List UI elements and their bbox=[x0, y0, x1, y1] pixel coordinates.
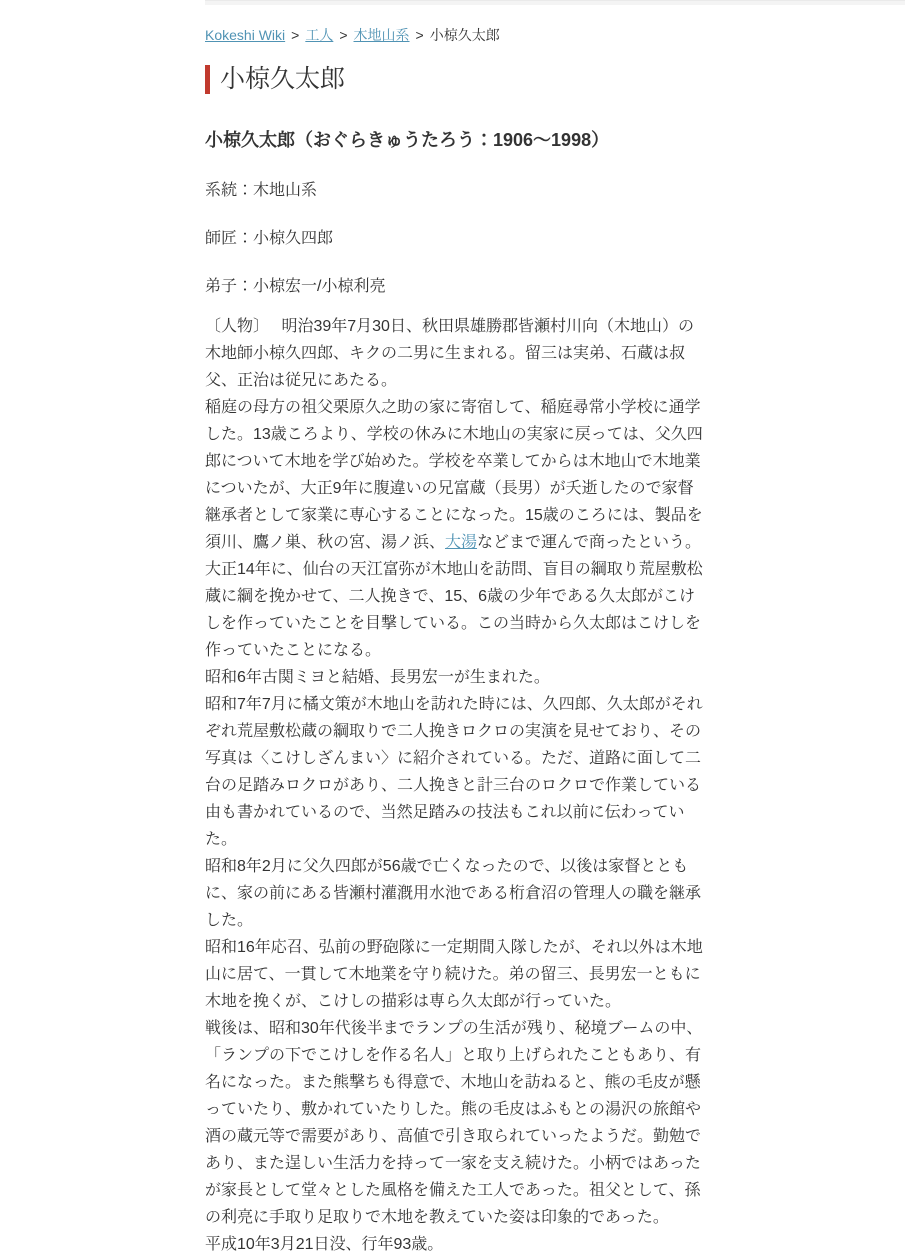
body-text-segment: 〔人物〕 明治39年7月30日、秋田県雄勝郡皆瀬村川向（木地山）の木地師小椋久四… bbox=[205, 318, 694, 389]
article-container: Kokeshi Wiki>工人>木地山系>小椋久太郎 小椋久太郎 小椋久太郎（お… bbox=[205, 0, 707, 1080]
body-paragraph: 昭和7年7月に橘文策が木地山を訪れた時には、久四郎、久太郎がそれぞれ荒屋敷松蔵の… bbox=[205, 691, 707, 853]
body-text-segment: 戦後は、昭和30年代後半までランプの生活が残り、秘境ブームの中、「ランプの下でこ… bbox=[205, 1020, 702, 1080]
meta-line-deshi: 弟子：小椋宏一/小椋利亮 bbox=[205, 277, 707, 296]
body-paragraph: 昭和8年2月に父久四郎が56歳で亡くなったので、以後は家督とともに、家の前にある… bbox=[205, 853, 707, 934]
meta-line-keito: 系統：木地山系 bbox=[205, 181, 707, 200]
page-title: 小椋久太郎 bbox=[220, 63, 345, 95]
body-text-segment: などまで運んで商ったという。大正14年に、仙台の天江富弥が木地山を訪問、盲目の綱… bbox=[205, 534, 703, 659]
body-paragraph: 戦後は、昭和30年代後半までランプの生活が残り、秘境ブームの中、「ランプの下でこ… bbox=[205, 1015, 707, 1080]
meta-line-shisho: 師匠：小椋久四郎 bbox=[205, 229, 707, 248]
body-text-segment: 昭和8年2月に父久四郎が56歳で亡くなったので、以後は家督とともに、家の前にある… bbox=[205, 858, 701, 929]
body-text-segment: 稲庭の母方の祖父栗原久之助の家に寄宿して、稲庭尋常小学校に通学した。13歳ころよ… bbox=[205, 399, 703, 551]
body-paragraph: 稲庭の母方の祖父栗原久之助の家に寄宿して、稲庭尋常小学校に通学した。13歳ころよ… bbox=[205, 394, 707, 664]
body-text-segment: 昭和7年7月に橘文策が木地山を訪れた時には、久四郎、久太郎がそれぞれ荒屋敷松蔵の… bbox=[205, 696, 703, 848]
breadcrumb-current: 小椋久太郎 bbox=[430, 27, 500, 43]
article-subtitle: 小椋久太郎（おぐらきゅうたろう：1906〜1998） bbox=[205, 129, 707, 152]
breadcrumb-link-kokeshi-wiki[interactable]: Kokeshi Wiki bbox=[205, 27, 285, 43]
body-text-segment: 昭和6年古関ミヨと結婚、長男宏一が生まれた。 bbox=[205, 669, 550, 686]
breadcrumb-separator: > bbox=[339, 27, 347, 43]
red-accent-bar bbox=[205, 65, 210, 94]
page-title-row: 小椋久太郎 bbox=[205, 63, 707, 95]
breadcrumb: Kokeshi Wiki>工人>木地山系>小椋久太郎 bbox=[205, 0, 707, 43]
breadcrumb-separator: > bbox=[416, 27, 424, 43]
breadcrumb-separator: > bbox=[291, 27, 299, 43]
article-body: 〔人物〕 明治39年7月30日、秋田県雄勝郡皆瀬村川向（木地山）の木地師小椋久四… bbox=[205, 313, 707, 1080]
breadcrumb-link-kojin[interactable]: 工人 bbox=[305, 27, 333, 43]
body-paragraph: 昭和6年古関ミヨと結婚、長男宏一が生まれた。 bbox=[205, 664, 707, 691]
body-text-segment: 昭和16年応召、弘前の野砲隊に一定期間入隊したが、それ以外は木地山に居て、一貫し… bbox=[205, 939, 703, 1010]
breadcrumb-link-kijiyama-kei[interactable]: 木地山系 bbox=[354, 27, 410, 43]
body-paragraph: 昭和16年応召、弘前の野砲隊に一定期間入隊したが、それ以外は木地山に居て、一貫し… bbox=[205, 934, 707, 1015]
body-paragraph: 〔人物〕 明治39年7月30日、秋田県雄勝郡皆瀬村川向（木地山）の木地師小椋久四… bbox=[205, 313, 707, 394]
inline-link[interactable]: 大湯 bbox=[445, 534, 477, 551]
